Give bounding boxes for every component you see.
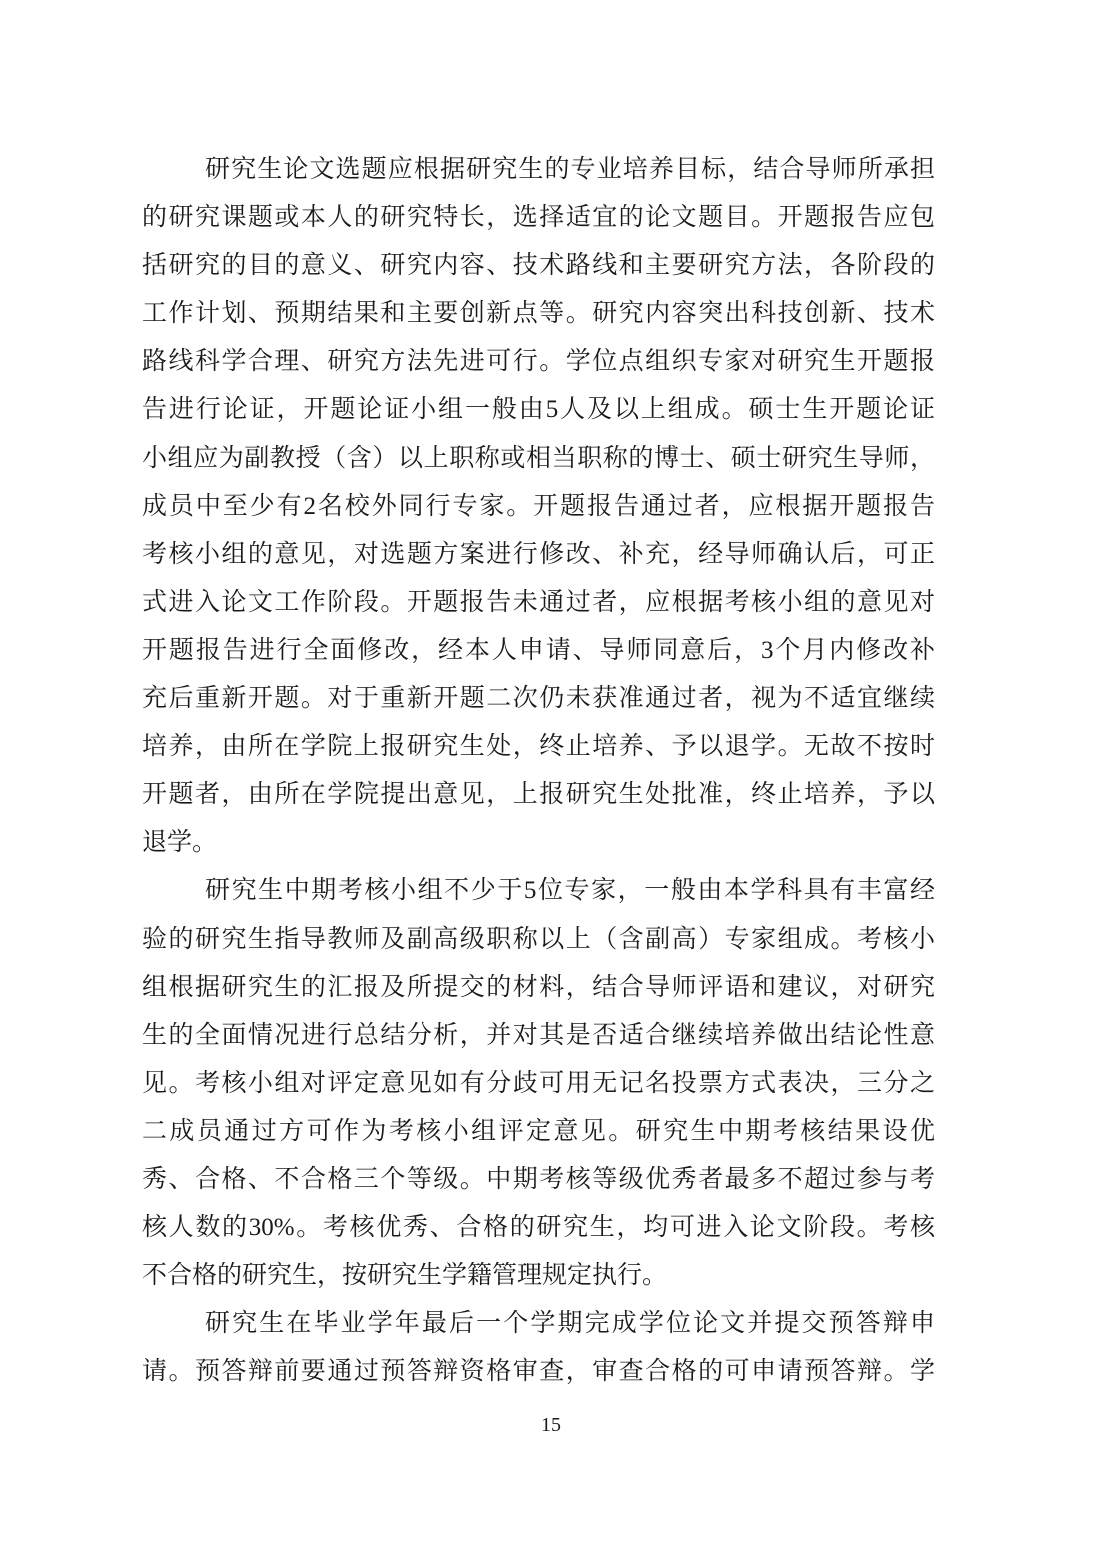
text-line: 充后重新开题。对于重新开题二次仍未获准通过者，视为不适宜继续 [142, 675, 935, 723]
document-text-block: 研究生论文选题应根据研究生的专业培养目标，结合导师所承担 的研究课题或本人的研究… [142, 146, 935, 1396]
text-line: 研究生在毕业学年最后一个学期完成学位论文并提交预答辩申 [142, 1300, 935, 1348]
text-line: 退学。 [142, 819, 935, 867]
text-line: 成员中至少有2名校外同行专家。开题报告通过者，应根据开题报告 [142, 483, 935, 531]
text-line: 秀、合格、不合格三个等级。中期考核等级优秀者最多不超过参与考 [142, 1156, 935, 1204]
paragraph: 研究生论文选题应根据研究生的专业培养目标，结合导师所承担 的研究课题或本人的研究… [142, 146, 935, 867]
text-line: 考核小组的意见，对选题方案进行修改、补充，经导师确认后，可正 [142, 531, 935, 579]
text-line: 组根据研究生的汇报及所提交的材料，结合导师评语和建议，对研究 [142, 964, 935, 1012]
text-line: 开题报告进行全面修改，经本人申请、导师同意后，3个月内修改补 [142, 627, 935, 675]
text-line: 不合格的研究生，按研究生学籍管理规定执行。 [142, 1252, 935, 1300]
text-line: 路线科学合理、研究方法先进可行。学位点组织专家对研究生开题报 [142, 338, 935, 386]
text-line: 开题者，由所在学院提出意见，上报研究生处批准，终止培养，予以 [142, 771, 935, 819]
text-line: 工作计划、预期结果和主要创新点等。研究内容突出科技创新、技术 [142, 290, 935, 338]
text-line: 小组应为副教授（含）以上职称或相当职称的博士、硕士研究生导师， [142, 435, 935, 483]
text-line: 式进入论文工作阶段。开题报告未通过者，应根据考核小组的意见对 [142, 579, 935, 627]
text-line: 括研究的目的意义、研究内容、技术路线和主要研究方法，各阶段的 [142, 242, 935, 290]
text-line: 验的研究生指导教师及副高级职称以上（含副高）专家组成。考核小 [142, 916, 935, 964]
text-line: 告进行论证，开题论证小组一般由5人及以上组成。硕士生开题论证 [142, 386, 935, 434]
text-line: 核人数的30%。考核优秀、合格的研究生，均可进入论文阶段。考核 [142, 1204, 935, 1252]
text-line: 的研究课题或本人的研究特长，选择适宜的论文题目。开题报告应包 [142, 194, 935, 242]
text-line: 研究生论文选题应根据研究生的专业培养目标，结合导师所承担 [142, 146, 935, 194]
document-page: 研究生论文选题应根据研究生的专业培养目标，结合导师所承担 的研究课题或本人的研究… [0, 0, 1102, 1559]
text-line: 研究生中期考核小组不少于5位专家，一般由本学科具有丰富经 [142, 867, 935, 915]
text-line: 生的全面情况进行总结分析，并对其是否适合继续培养做出结论性意 [142, 1012, 935, 1060]
text-line: 请。预答辩前要通过预答辩资格审查，审查合格的可申请预答辩。学 [142, 1348, 935, 1396]
paragraph: 研究生在毕业学年最后一个学期完成学位论文并提交预答辩申 请。预答辩前要通过预答辩… [142, 1300, 935, 1396]
text-line: 见。考核小组对评定意见如有分歧可用无记名投票方式表决，三分之 [142, 1060, 935, 1108]
page-number: 15 [0, 1413, 1102, 1437]
text-line: 培养，由所在学院上报研究生处，终止培养、予以退学。无故不按时 [142, 723, 935, 771]
text-line: 二成员通过方可作为考核小组评定意见。研究生中期考核结果设优 [142, 1108, 935, 1156]
paragraph: 研究生中期考核小组不少于5位专家，一般由本学科具有丰富经 验的研究生指导教师及副… [142, 867, 935, 1300]
